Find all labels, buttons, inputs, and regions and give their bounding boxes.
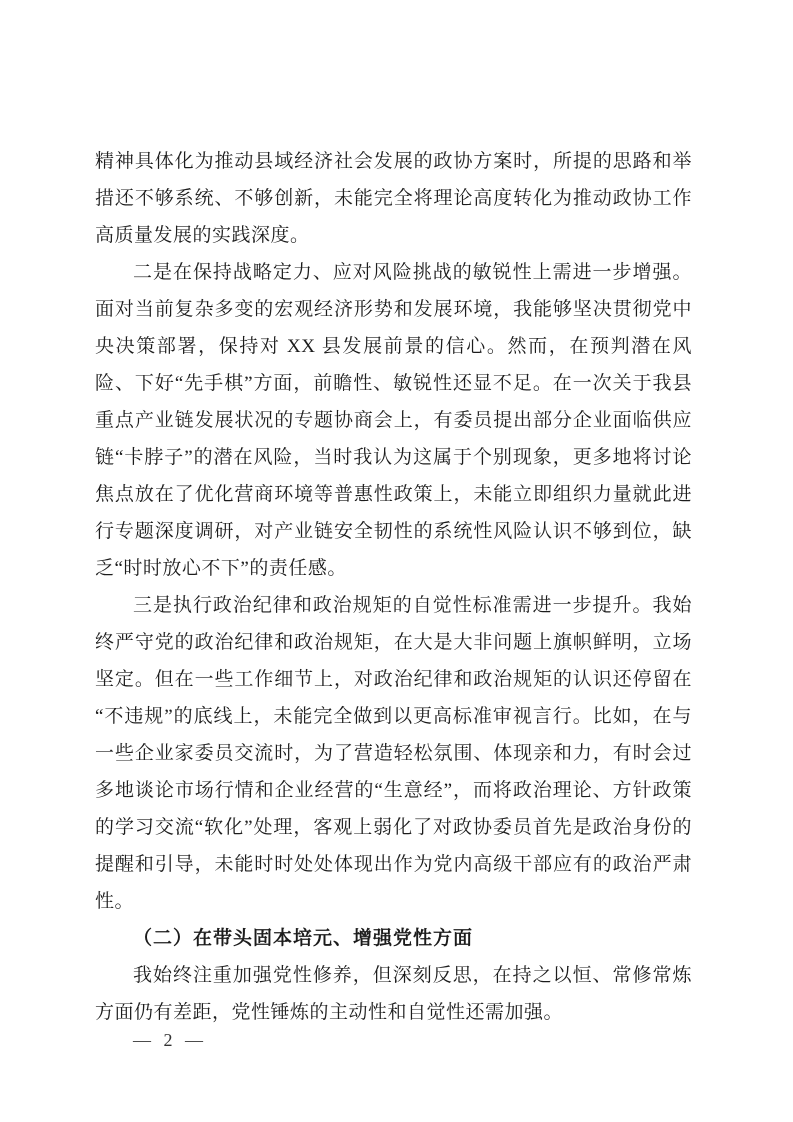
section-heading: （二）在带头固本培元、增强党性方面 xyxy=(95,920,692,957)
paragraph-point-two: 二是在保持战略定力、应对风险挑战的敏锐性上需进一步增强。面对当前复杂多变的宏观经… xyxy=(95,254,692,587)
paragraph-continuation: 精神具体化为推动县域经济社会发展的政协方案时，所提的思路和举措还不够系统、不够创… xyxy=(95,143,692,254)
page-number: — 2 — xyxy=(133,1026,207,1054)
paragraph-point-three: 三是执行政治纪律和政治规矩的自觉性标准需进一步提升。我始终严守党的政治纪律和政治… xyxy=(95,587,692,920)
document-page: 精神具体化为推动县域经济社会发展的政协方案时，所提的思路和举措还不够系统、不够创… xyxy=(0,0,793,1122)
paragraph-party-spirit: 我始终注重加强党性修养，但深刻反思，在持之以恒、常修常炼方面仍有差距，党性锤炼的… xyxy=(95,957,692,1031)
document-body: 精神具体化为推动县域经济社会发展的政协方案时，所提的思路和举措还不够系统、不够创… xyxy=(95,143,692,1031)
